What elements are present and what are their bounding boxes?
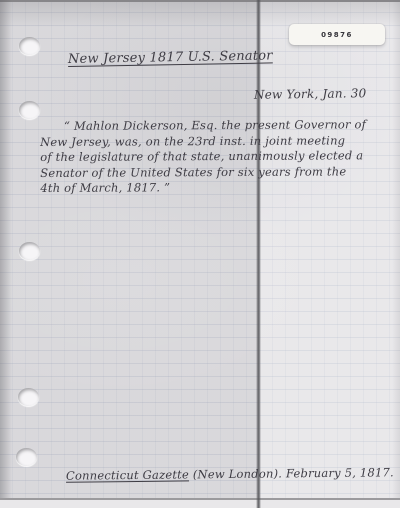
punch-hole [19,242,40,260]
paragraph-line: New Jersey, was, on the 23rd inst. in jo… [40,133,366,150]
quoted-paragraph: “ Mahlon Dickerson, Esq. the present Gov… [40,117,366,197]
photocopy-fold-crease [256,0,261,508]
paragraph-line: 4th of March, 1817. ” [40,180,366,197]
ruled-grid-lines [0,0,400,508]
scanned-document-page: 09876 New Jersey 1817 U.S. Senator New Y… [0,0,400,508]
source-citation: Connecticut Gazette (New London). Februa… [66,465,394,482]
page-bottom-margin [0,500,400,508]
paragraph-line: “ Mahlon Dickerson, Esq. the present Gov… [40,117,366,134]
page-right-edge-shadow [392,0,400,508]
page-left-edge-shadow [0,0,12,508]
punch-hole [19,101,40,119]
punch-hole [16,448,37,466]
dateline: New York, Jan. 30 [254,86,367,102]
citation-detail: (New London). February 5, 1817. [189,465,394,481]
citation-source-name: Connecticut Gazette [66,467,189,482]
catalog-sticker: 09876 [289,24,385,45]
document-title: New Jersey 1817 U.S. Senator [68,48,273,67]
paragraph-line: of the legislature of that state, unanim… [40,148,366,165]
punch-hole [18,388,39,406]
catalog-number: 09876 [321,31,353,39]
paragraph-line: Senator of the United States for six yea… [40,164,366,181]
paper-texture [0,0,400,508]
punch-hole [19,37,40,55]
